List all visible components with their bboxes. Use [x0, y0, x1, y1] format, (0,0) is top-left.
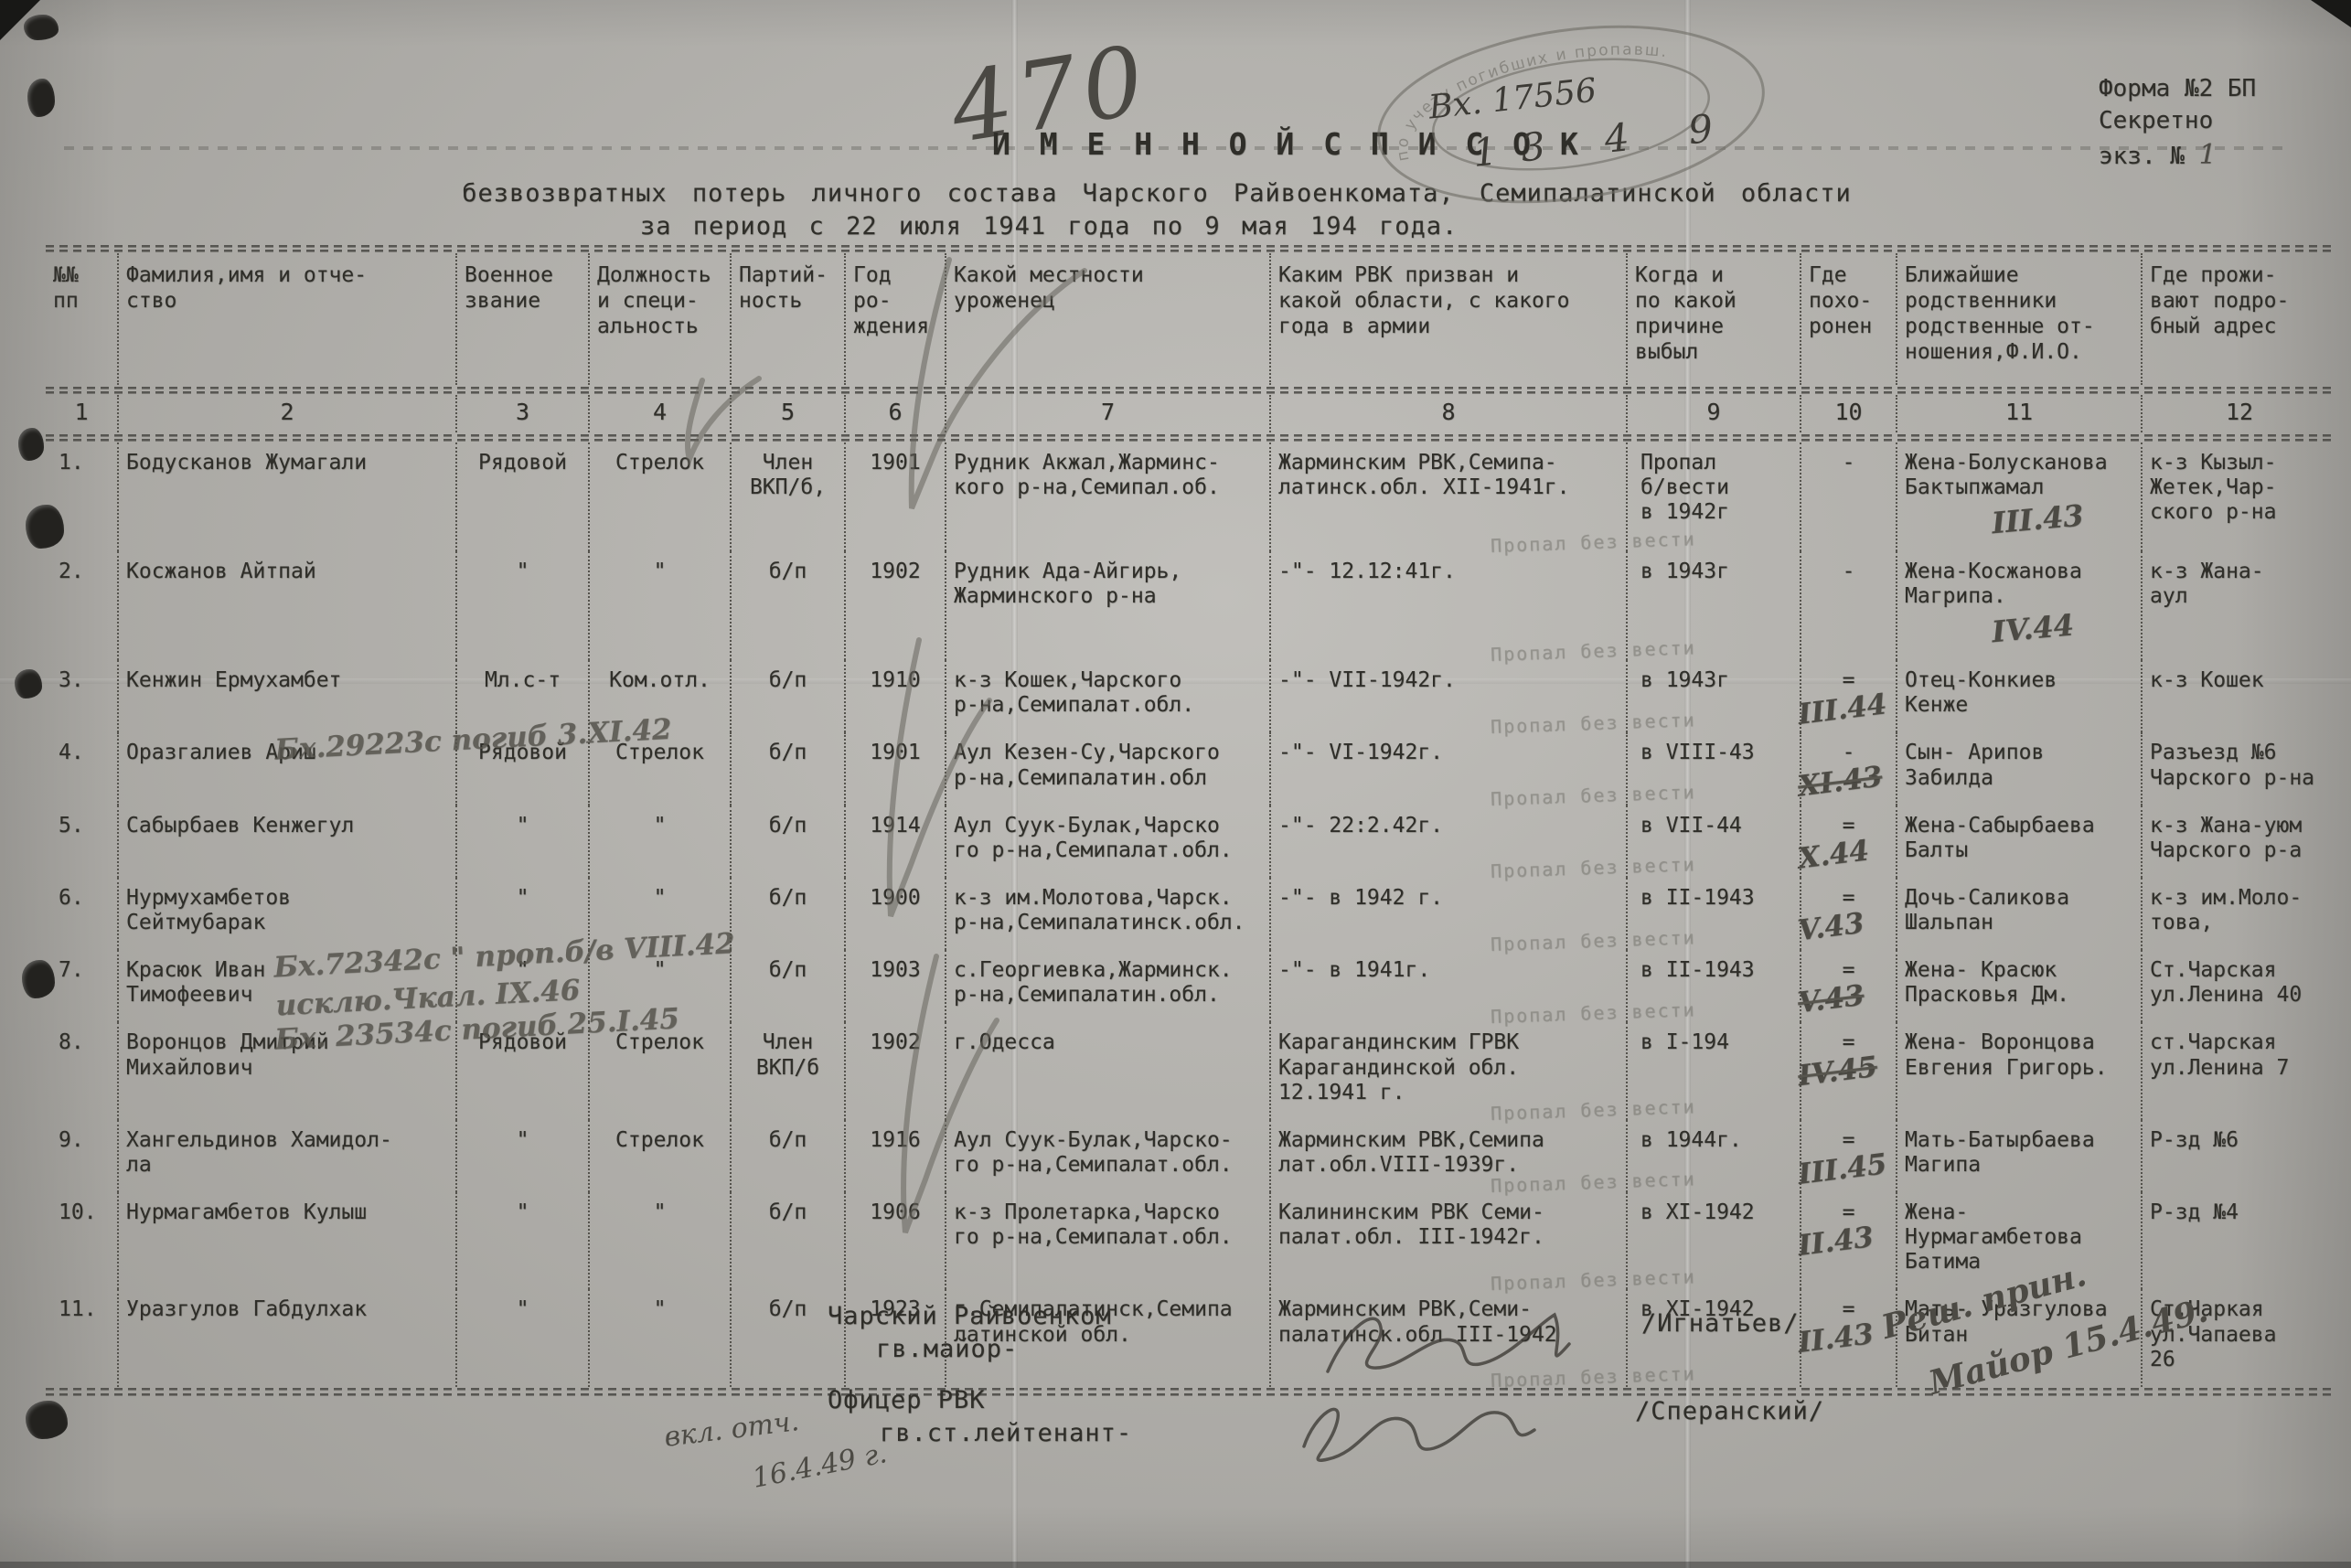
cell-birthplace: к-з Пролетарка,Чарско го р-на,Семипалат.…: [945, 1192, 1269, 1289]
cell-fate: в VIII-43Пропал без вести: [1626, 732, 1800, 805]
cell-name: Воронцов Дмитрий МихайловичБх. 23534с по…: [117, 1022, 455, 1119]
cell-party: б/п: [730, 732, 844, 805]
cell-rank: Мл.с-т: [455, 660, 588, 732]
cell-birthplace: Рудник Ада-Айгирь, Жарминского р-на: [945, 551, 1269, 660]
column-number: 2: [117, 395, 455, 432]
cell-duty: Стрелок: [588, 732, 730, 805]
cell-rank: ": [455, 551, 588, 660]
column-header: Год ро- ждения: [844, 253, 945, 385]
cell-kin: Жена- Воронцова Евгения Григорь.: [1896, 1022, 2141, 1119]
cell-grave: -: [1800, 443, 1896, 551]
handwritten-date: IV.45: [1796, 1051, 1879, 1093]
cell-duty: ": [588, 1289, 730, 1386]
cell-kin: Дочь-Саликова Шальпан: [1896, 878, 2141, 950]
cell-fate: в XI-1942Пропал без вести: [1626, 1289, 1800, 1386]
cell-fate: в I-194Пропал без вести: [1626, 1022, 1800, 1119]
cell-born: 1900: [844, 878, 945, 950]
signatory-name-2: /Сперанский/: [1635, 1397, 1824, 1425]
column-header: Должность и специ- альность: [588, 253, 730, 385]
cell-grave: =III.45: [1800, 1120, 1896, 1192]
table-rule: [46, 1387, 2336, 1397]
cell-address: к-з им.Моло- това,: [2141, 878, 2336, 950]
table-rule: [46, 243, 2336, 253]
cell-birthplace: с.Георгиевка,Жарминск. р-на,Семипалатин.…: [945, 950, 1269, 1022]
cell-rank: ": [455, 1289, 588, 1386]
handwritten-date: III.45: [1796, 1147, 1888, 1191]
cell-num: 9.: [46, 1120, 117, 1192]
cell-fate: в XI-1942Пропал без вести: [1626, 1192, 1800, 1289]
cell-name: Уразгулов Габдулхак: [117, 1289, 455, 1386]
cell-name: Косжанов Айтпай: [117, 551, 455, 660]
paper-damage: [26, 1401, 68, 1439]
table-rule: [46, 432, 2336, 443]
cell-num: 8.: [46, 1022, 117, 1119]
cell-name: Бодусканов Жумагали: [117, 443, 455, 551]
cell-grave: =IV.45: [1800, 1022, 1896, 1119]
cell-num: 10.: [46, 1192, 117, 1289]
cell-rank: ": [455, 878, 588, 950]
cell-duty: ": [588, 950, 730, 1022]
cell-duty: Ком.отл.: [588, 660, 730, 732]
cell-name: Оразгалиев АришБх.29223с погиб 3.XI.42: [117, 732, 455, 805]
cell-grave: =II.43: [1800, 1192, 1896, 1289]
roster-table: №№ ппФамилия,имя и отче- ствоВоенное зва…: [46, 243, 2336, 1397]
handwritten-date: V.43: [1796, 979, 1865, 1020]
cell-name: Красюк Иван ТимофеевичБх.72342с " проп.б…: [117, 950, 455, 1022]
cell-name: Кенжин Ермухамбет: [117, 660, 455, 732]
column-number: 7: [945, 395, 1269, 432]
cell-address: к-з Кошек: [2141, 660, 2336, 732]
cell-birthplace: г.Одесса: [945, 1022, 1269, 1119]
cell-fate: в II-1943Пропал без вести: [1626, 950, 1800, 1022]
cell-duty: ": [588, 1192, 730, 1289]
cell-party: б/п: [730, 660, 844, 732]
cell-born: 1906: [844, 1192, 945, 1289]
column-header: Военное звание: [455, 253, 588, 385]
paper-damage: [18, 428, 44, 461]
cell-address: Р-зд №6: [2141, 1120, 2336, 1192]
footer-org-line2: гв.майор-: [876, 1335, 1018, 1363]
cell-name: Хангельдинов Хамидол- ла: [117, 1120, 455, 1192]
column-header: Партий- ность: [730, 253, 844, 385]
cell-duty: ": [588, 805, 730, 878]
cell-address: Разъезд №6 Чарского р-на: [2141, 732, 2336, 805]
column-header: Где похо- ронен: [1800, 253, 1896, 385]
cell-kin: Жена-Болусканова БактыпжамалIII.43: [1896, 443, 2141, 551]
cell-name: Нурмагамбетов Кулыш: [117, 1192, 455, 1289]
cell-address: Р-зд №4: [2141, 1192, 2336, 1289]
cell-birthplace: Аул Кезен-Су,Чарского р-на,Семипалатин.о…: [945, 732, 1269, 805]
footer-org-line3: Офицер РВК: [828, 1386, 986, 1414]
cell-party: б/п: [730, 805, 844, 878]
cell-grave: =X.44: [1800, 805, 1896, 878]
cell-grave: =II.43: [1800, 1289, 1896, 1386]
cell-fate: в 1943гПропал без вести: [1626, 551, 1800, 660]
cell-kin: Мать-Батырбаева Магипа: [1896, 1120, 2141, 1192]
cell-kin: Жена-Сабырбаева Балты: [1896, 805, 2141, 878]
subtitle-line2: за период с 22 июля 1941 года по 9 мая 1…: [640, 212, 1458, 240]
handwritten-date: III.43: [1991, 497, 2103, 541]
cell-fate: в II-1943Пропал без вести: [1626, 878, 1800, 950]
cell-address: к-з Жана- аул: [2141, 551, 2336, 660]
table-rule: [46, 385, 2336, 395]
column-number: 9: [1626, 395, 1800, 432]
cell-name: Сабырбаев Кенжегул: [117, 805, 455, 878]
cell-fate: в VII-44Пропал без вести: [1626, 805, 1800, 878]
column-number: 5: [730, 395, 844, 432]
handwritten-date: III.44: [1796, 688, 1888, 731]
cell-num: 3.: [46, 660, 117, 732]
cell-party: Член ВКП/б,: [730, 443, 844, 551]
cell-born: 1901: [844, 443, 945, 551]
cell-address: к-з Жана-уюм Чарского р-а: [2141, 805, 2336, 878]
footer-org-line1: Чарский Райвоенком: [828, 1302, 1112, 1330]
cell-duty: ": [588, 878, 730, 950]
signatory-name-1: /Игнатьев/: [1641, 1309, 1800, 1338]
column-number: 8: [1269, 395, 1626, 432]
column-number: 3: [455, 395, 588, 432]
cell-party: Член ВКП/б: [730, 1022, 844, 1119]
cell-grave: =III.44: [1800, 660, 1896, 732]
cell-num: 5.: [46, 805, 117, 878]
cell-name: Нурмухамбетов Сейтмубарак: [117, 878, 455, 950]
cell-birthplace: к-з им.Молотова,Чарск. р-на,Семипалатинс…: [945, 878, 1269, 950]
handwritten-date: XI.43: [1796, 761, 1884, 805]
cell-grave: =V.43: [1800, 878, 1896, 950]
column-header: Ближайшие родственники родственные от- н…: [1896, 253, 2141, 385]
cell-grave: =V.43: [1800, 950, 1896, 1022]
cell-birthplace: Рудник Акжал,Жарминс- кого р-на,Семипал.…: [945, 443, 1269, 551]
cell-born: 1916: [844, 1120, 945, 1192]
form-classification-block: Форма №2 БП Секретно экз. № 1: [2099, 73, 2256, 175]
cell-rank: ": [455, 805, 588, 878]
cell-party: б/п: [730, 551, 844, 660]
cell-grave: -: [1800, 551, 1896, 660]
handwritten-date: II.43: [1796, 1318, 1875, 1360]
cell-born: 1903: [844, 950, 945, 1022]
cell-rank: Рядовой: [455, 732, 588, 805]
cell-duty: ": [588, 551, 730, 660]
handwritten-copy-number: 1: [2199, 139, 2217, 171]
column-header: Фамилия,имя и отче- ство: [117, 253, 455, 385]
cell-fate: в 1944г.Пропал без вести: [1626, 1120, 1800, 1192]
paper-damage: [22, 960, 55, 998]
cell-kin: Отец-Конкиев Кенже: [1896, 660, 2141, 732]
cell-rank: ": [455, 950, 588, 1022]
cell-rank: ": [455, 1120, 588, 1192]
cell-birthplace: Аул Суук-Булак,Чарско- го р-на,Семипалат…: [945, 1120, 1269, 1192]
cell-kin: Жена- Красюк Прасковья Дм.: [1896, 950, 2141, 1022]
cell-born: 1901: [844, 732, 945, 805]
cell-address: к-з Кызыл- Жетек,Чар- ского р-на: [2141, 443, 2336, 551]
cell-birthplace: к-з Кошек,Чарского р-на,Семипалат.обл.: [945, 660, 1269, 732]
column-header: Когда и по какой причине выбыл: [1626, 253, 1800, 385]
column-number: 12: [2141, 395, 2336, 432]
cell-num: 4.: [46, 732, 117, 805]
cell-kin: Сын- Арипов Забилда: [1896, 732, 2141, 805]
cell-born: 1902: [844, 1022, 945, 1119]
cell-party: б/п: [730, 1192, 844, 1289]
cell-fate: Пропал б/вести в 1942гПропал без вести: [1626, 443, 1800, 551]
column-header: Где прожи- вают подро- бный адрес: [2141, 253, 2336, 385]
cell-duty: Стрелок: [588, 1120, 730, 1192]
cell-kin: Жена-Косжанова Магрипа.IV.44: [1896, 551, 2141, 660]
cell-num: 6.: [46, 878, 117, 950]
paper-damage: [15, 669, 42, 699]
column-header: Каким РВК призван и какой области, с как…: [1269, 253, 1626, 385]
cell-num: 7.: [46, 950, 117, 1022]
paper-damage: [27, 79, 55, 117]
handwritten-date: II.43: [1796, 1221, 1875, 1263]
cell-duty: Стрелок: [588, 1022, 730, 1119]
column-number: 6: [844, 395, 945, 432]
cell-birthplace: Аул Суук-Булак,Чарско го р-на,Семипалат.…: [945, 805, 1269, 878]
column-number: 10: [1800, 395, 1896, 432]
column-header: №№ пп: [46, 253, 117, 385]
cell-fate: в 1943гПропал без вести: [1626, 660, 1800, 732]
cell-rank: Рядовой: [455, 443, 588, 551]
handwritten-date: X.44: [1796, 834, 1871, 876]
cell-address: Ст.Чарская ул.Ленина 40: [2141, 950, 2336, 1022]
paper-edge-shadow: [0, 1562, 2351, 1568]
cell-party: б/п: [730, 950, 844, 1022]
cell-num: 2.: [46, 551, 117, 660]
column-number: 11: [1896, 395, 2141, 432]
cell-born: 1902: [844, 551, 945, 660]
cell-rank: Рядовой: [455, 1022, 588, 1119]
cell-num: 11.: [46, 1289, 117, 1386]
secrecy-label: Секретно: [2099, 105, 2256, 137]
cell-party: б/п: [730, 878, 844, 950]
footer-org-line4: гв.ст.лейтенант-: [880, 1419, 1132, 1447]
column-number: 4: [588, 395, 730, 432]
cell-born: 1910: [844, 660, 945, 732]
copy-label: экз. №: [2099, 143, 2185, 170]
form-number: Форма №2 БП: [2099, 73, 2256, 105]
paper-corner-damage: [0, 0, 40, 40]
copy-number-line: экз. № 1: [2099, 137, 2256, 175]
paper-damage: [26, 505, 64, 549]
cell-rank: ": [455, 1192, 588, 1289]
document-scan: { "header": { "doc_number": "470", "titl…: [0, 0, 2351, 1568]
cell-born: 1914: [844, 805, 945, 878]
handwritten-date: V.43: [1796, 907, 1865, 948]
cell-address: ст.Чарская ул.Ленина 7: [2141, 1022, 2336, 1119]
column-number: 1: [46, 395, 117, 432]
cell-grave: -XI.43: [1800, 732, 1896, 805]
cell-party: б/п: [730, 1120, 844, 1192]
handwritten-date: IV.44: [1991, 606, 2103, 650]
column-header: Какой местности уроженец: [945, 253, 1269, 385]
cell-duty: Стрелок: [588, 443, 730, 551]
